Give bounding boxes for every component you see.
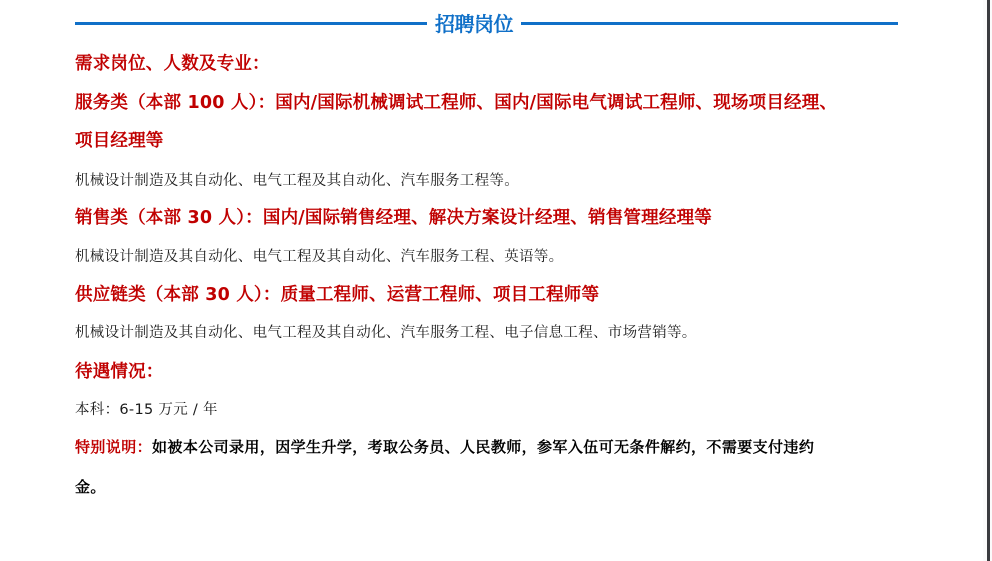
section-header: 招聘岗位 [75, 9, 898, 39]
category-service-title-cont: 项目经理等 [75, 127, 164, 152]
category-service-majors: 机械设计制造及其自动化、电气工程及其自动化、汽车服务工程等。 [75, 169, 519, 190]
compensation-detail: 本科：6-15 万元 / 年 [75, 398, 218, 419]
category-service-title: 服务类（本部 100 人）：国内/国际机械调试工程师、国内/国际电气调试工程师、… [75, 89, 837, 114]
special-note-text-cont: 金。 [75, 476, 106, 497]
header-rule-right [521, 22, 898, 25]
special-note-label: 特别说明： [75, 438, 152, 456]
category-supply-chain-majors: 机械设计制造及其自动化、电气工程及其自动化、汽车服务工程、电子信息工程、市场营销… [75, 321, 697, 342]
viewer-border [987, 0, 990, 561]
category-sales-title: 销售类（本部 30 人）：国内/国际销售经理、解决方案设计经理、销售管理经理等 [75, 204, 712, 229]
requirements-heading: 需求岗位、人数及专业： [75, 50, 270, 75]
category-supply-chain-title: 供应链类（本部 30 人）：质量工程师、运营工程师、项目工程师等 [75, 281, 599, 306]
document-page: 招聘岗位 需求岗位、人数及专业： 服务类（本部 100 人）：国内/国际机械调试… [0, 0, 983, 561]
compensation-heading: 待遇情况： [75, 358, 164, 383]
header-rule-left [75, 22, 427, 25]
category-sales-majors: 机械设计制造及其自动化、电气工程及其自动化、汽车服务工程、英语等。 [75, 245, 563, 266]
section-title: 招聘岗位 [427, 9, 521, 39]
special-note-text: 如被本公司录用，因学生升学，考取公务员、人民教师，参军入伍可无条件解约，不需要支… [152, 438, 814, 456]
special-note: 特别说明：如被本公司录用，因学生升学，考取公务员、人民教师，参军入伍可无条件解约… [75, 436, 814, 457]
